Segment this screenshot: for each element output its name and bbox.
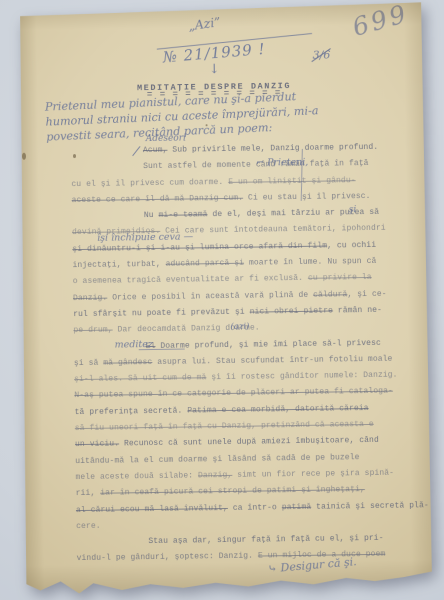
struck-text: aceste ce care îl dă mă Danzig cum. (72, 194, 244, 205)
struck-text: N-aş putea spune în ce categorie de plăc… (74, 387, 393, 400)
pencil-page-number: 699 (349, 0, 411, 42)
typed-line: vindu-l pe gânduri, şoptesc: Danzig. E u… (77, 547, 419, 568)
typed-text: şi îi rostesc gânditor numele: Danzig. (206, 371, 397, 383)
typed-text: simt un fior rece pe şira spină- (232, 469, 394, 480)
struck-text: Danzig, (198, 471, 232, 480)
struck-text: un viciu. (75, 440, 119, 450)
typed-text: tainică şi secretă plă- (311, 501, 429, 512)
struck-text: căldură (313, 290, 347, 299)
handwritten-correction-si: şi (349, 205, 357, 215)
typed-text: Recunosc că sunt unele după amiezi îmbuş… (119, 436, 379, 449)
struck-text: aducând parcă şi (166, 259, 245, 269)
typed-text: şi să (74, 359, 104, 368)
paper-speck (22, 153, 26, 160)
typed-text: rii, (76, 489, 101, 498)
typed-text: Stau aşa dar, singur faţă în faţă cu el,… (148, 534, 383, 546)
typed-text: rămân ne- (333, 306, 382, 316)
struck-text: mi-e teamă (158, 210, 207, 220)
manuscript-page-wrap: „Azi” № 21/1939 ! ↓ 699 3/6 MEDITAŢIE DE… (16, 1, 432, 595)
typed-text: cere. (76, 522, 101, 531)
crossed-out-number: 3/6 (313, 48, 331, 61)
typed-text: Doarme profund, şi mie îmi place să-l pr… (155, 338, 381, 350)
typed-text: Nu (144, 211, 159, 220)
typed-text: rul sfârşit nu poate fi prevăzut şi (73, 308, 250, 319)
typed-text: Orice e posibil în această vară plină de (107, 290, 313, 302)
handwritten-correction-inchipuie: îşi închipuie ceva — (97, 231, 193, 243)
typed-text: o asemenea tragică eventualitate ar fi e… (73, 274, 308, 286)
struck-text: Danzig. (73, 293, 107, 302)
struck-text: Patima e cea morbidă, datorită căreia (187, 404, 368, 416)
typed-text: Sub privirile mele, Danzig doarme profun… (167, 143, 378, 155)
struck-text: şi-l ales. Să uit cum de mă (74, 373, 206, 384)
struck-text: să fiu uneori faţă în faţă cu Danzig, pr… (75, 420, 374, 433)
struck-text: pe drum, (73, 326, 112, 336)
photo-background: „Azi” № 21/1939 ! ↓ 699 3/6 MEDITAŢIE DE… (0, 0, 444, 600)
struck-text: E un om liniştit şi gându- (228, 176, 356, 187)
typed-text: asupra lui. Stau scufundat într-un fotol… (152, 355, 392, 367)
typed-body: Acum, Sub privirile mele, Danzig doarme … (71, 139, 419, 567)
typed-text: cu el şi îl privesc cum doarme. (71, 178, 228, 189)
struck-text: al cărui ecou mă lasă învăluit, (76, 503, 228, 514)
paper-speck (73, 154, 76, 158)
handwritten-correction-azi: (azi) (230, 322, 249, 332)
paper-speck (206, 124, 208, 126)
manuscript-page: „Azi” № 21/1939 ! ↓ 699 3/6 MEDITAŢIE DE… (16, 1, 432, 595)
typed-text: uitându-mă la el cum doarme şi lăsând să… (75, 453, 359, 466)
typed-text: Ci eu stau şi îl privesc. (243, 192, 371, 203)
typed-text: moarte în lume. Nu spun că (244, 257, 376, 268)
typed-text: vindu-l pe gânduri, şoptesc: Danzig. (77, 552, 258, 564)
typed-text: Cei care sunt întotdeauna temători, ipoh… (160, 224, 386, 236)
struck-text: mă gândesc (103, 358, 152, 368)
typed-text: , cu ochii (327, 241, 376, 251)
struck-text: cu privire la (308, 273, 372, 283)
handwritten-magazine-name: „Azi” (187, 14, 221, 33)
struck-text: iar în ceafă picură cei stropi de patimi… (100, 485, 365, 498)
typed-text: tă preferinţa secretă. (75, 406, 188, 417)
struck-text: nici obrei pietre (250, 306, 333, 316)
down-arrow-mark: ↓ (209, 62, 220, 77)
typed-text: ca într-o (228, 503, 282, 513)
struck-text: patimă (282, 502, 312, 511)
typed-text: , şi ce- (347, 289, 386, 299)
typed-text: injectaţi, turbat, (72, 260, 165, 270)
typed-text: mele aceste două silabe: (75, 471, 198, 482)
struck-text: Acum, (143, 146, 168, 155)
